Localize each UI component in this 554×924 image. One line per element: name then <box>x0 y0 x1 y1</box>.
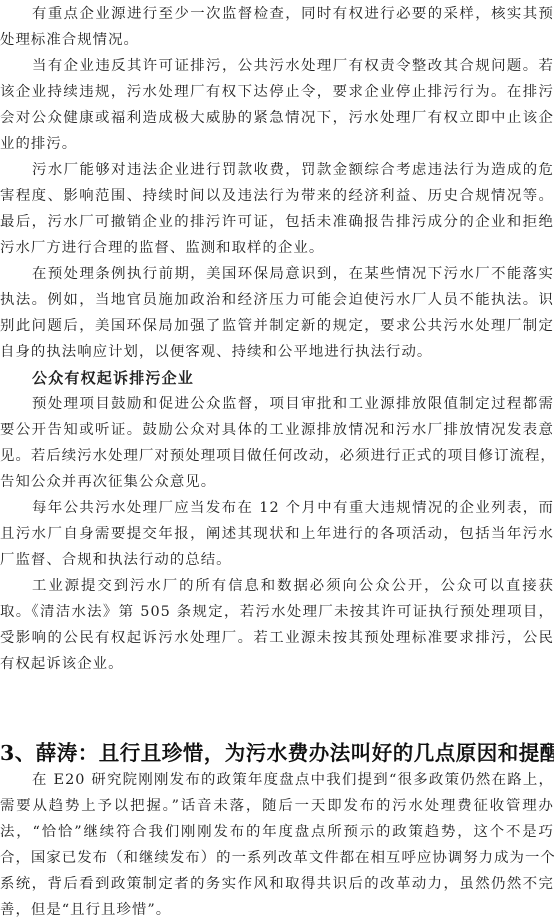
text-line: 当有企业违反其许可证排污，公共污水处理厂有权责令整改其合规问题。若 <box>0 53 554 79</box>
text-line: 最后，污水厂可撤销企业的排污许可证，包括未准确报告排污成分的企业和拒绝 <box>0 209 554 235</box>
text-line: 污水厂方进行合理的监督、监测和取样的企业。 <box>0 235 554 261</box>
subheading-public-lawsuit: 公众有权起诉排污企业 <box>32 365 194 391</box>
text-line: 在预处理条例执行前期，美国环保局意识到，在某些情况下污水厂不能落实 <box>0 261 554 287</box>
text-line: 厂监督、合规和执法行动的总结。 <box>0 547 554 573</box>
text-line: 业的排污。 <box>0 131 554 157</box>
text-line: 预处理项目鼓励和促进公众监督，项目审批和工业源排放限值制定过程都需 <box>0 391 554 417</box>
text-line: 善，但是“且行且珍惜”。 <box>0 897 554 923</box>
text-line: 每年公共污水处理厂应当发布在 12 个月中有重大违规情况的企业列表，而 <box>0 495 554 521</box>
text-line: 告知公众并再次征集公众意见。 <box>0 469 554 495</box>
text-line: 系统，背后看到政策制定者的务实作风和取得共识后的改革动力，虽然仍然不完 <box>0 871 554 897</box>
text-line: 自身的执法响应计划，以便客观、持续和公平地进行执法行动。 <box>0 339 554 365</box>
text-line: 执法。例如，当地官员施加政治和经济压力可能会迫使污水厂人员不能执法。识 <box>0 287 554 313</box>
text-line: 害程度、影响范围、持续时间以及违法行为带来的经济利益、历史合规情况等。 <box>0 183 554 209</box>
section-heading-xue-tao: 3、薛涛：且行且珍惜，为污水费办法叫好的几点原因和提醒 <box>0 737 554 769</box>
text-line: 要公开告知或听证。鼓励公众对具体的工业源排放情况和污水厂排放情况发表意 <box>0 417 554 443</box>
text-line: 有权起诉该企业。 <box>0 651 554 677</box>
text-line: 在 E20 研究院刚刚发布的政策年度盘点中我们提到“很多政策仍然在路上， <box>0 767 554 793</box>
text-line: 法，“恰恰”继续符合我们刚刚发布的年度盘点所预示的政策趋势，这个不是巧 <box>0 819 554 845</box>
text-line: 合，国家已发布（和继续发布）的一系列改革文件都在相互呼应协调努力成为一个 <box>0 845 554 871</box>
text-line: 且污水厂自身需要提交年报，阐述其现状和上年进行的各项活动，包括当年污水 <box>0 521 554 547</box>
text-line: 受影响的公民有权起诉污水处理厂。若工业源未按其预处理标准要求排污，公民 <box>0 625 554 651</box>
text-line: 见。若后续污水处理厂对预处理项目做任何改动，必须进行正式的项目修订流程， <box>0 443 554 469</box>
text-line: 处理标准合规情况。 <box>0 27 554 53</box>
text-line: 别此问题后，美国环保局加强了监管并制定新的规定，要求公共污水处理厂制定 <box>0 313 554 339</box>
text-line: 取。《清洁水法》第 505 条规定，若污水处理厂未按其许可证执行预处理项目， <box>0 599 554 625</box>
text-line: 工业源提交到污水厂的所有信息和数据必须向公众公开，公众可以直接获 <box>0 573 554 599</box>
text-line: 污水厂能够对违法企业进行罚款收费，罚款金额综合考虑违法行为造成的危 <box>0 157 554 183</box>
text-line: 该企业持续违规，污水处理厂有权下达停止令，要求企业停止排污行为。在排污 <box>0 79 554 105</box>
text-line: 会对公众健康或福利造成极大威胁的紧急情况下，污水处理厂有权立即中止该企 <box>0 105 554 131</box>
text-line: 有重点企业源进行至少一次监督检查，同时有权进行必要的采样，核实其预 <box>0 1 554 27</box>
text-line: 需要从趋势上予以把握。”话音未落，随后一天即发布的污水处理费征收管理办 <box>0 793 554 819</box>
